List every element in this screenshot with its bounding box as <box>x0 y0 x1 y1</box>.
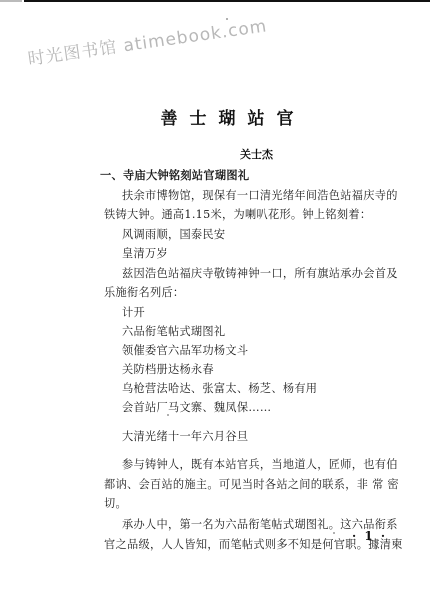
inscription-line: 领催委官六品军功杨文斗 <box>122 342 248 358</box>
author-name: 关士杰 <box>240 146 273 162</box>
inscription-line: 乌枪营法哈达、张富太、杨芝、杨有用 <box>122 380 317 396</box>
paragraph-line: 参与铸钟人，既有本站官兵，当地道人，匠师，也有伯 <box>122 456 398 472</box>
paragraph-line: 切。 <box>104 495 127 511</box>
paragraph-line: 铁铸大钟。通高1.15米，为喇叭花形。钟上铭刻着： <box>104 206 371 222</box>
scan-speck <box>168 290 170 292</box>
inscription-line: 关防档册达杨永春 <box>122 361 214 377</box>
inscription-line: 风调雨顺，国泰民安 <box>122 226 225 242</box>
page-title: 善士瑚站官 <box>0 104 430 129</box>
inscription-line: 会首站厂马文寨、魏凤保…… <box>122 399 271 415</box>
paragraph-line: 都讷、会百站的施主。可见当时各站之间的联系，非 常 密 <box>104 476 399 492</box>
page-number: · 1 · <box>352 529 387 543</box>
paragraph-line: 兹因浩色站福庆寺敬铸神钟一口，所有旗站承办会首及 <box>122 265 398 281</box>
inscription-line: 计开 <box>122 304 145 320</box>
top-edge-left <box>0 0 22 2</box>
inscription-line: 六品衔笔帖式瑚图礼 <box>122 323 225 339</box>
inscription-line: 皇清万岁 <box>122 245 168 261</box>
scan-speck <box>167 414 169 416</box>
top-edge-rule <box>24 0 430 2</box>
section-heading: 一、寺庙大钟铭刻站官瑚图礼 <box>100 167 249 183</box>
paragraph-line: 乐施衔名列后： <box>104 284 184 300</box>
scan-speck <box>226 18 228 20</box>
watermark: 时光图书馆 atimebook.com <box>26 11 269 69</box>
paragraph-line: 扶余市博物馆，现保有一口清光绪年间浩色站福庆寺的 <box>122 187 398 203</box>
inscription-date: 大清光绪十一年六月谷旦 <box>122 428 248 444</box>
scan-speck <box>333 532 335 534</box>
